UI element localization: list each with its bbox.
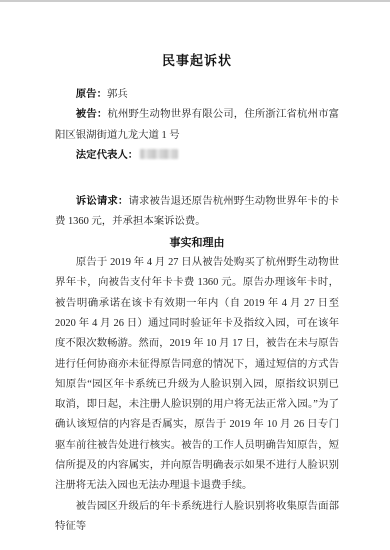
- facts-section-heading: 事实和理由: [55, 233, 339, 253]
- redacted-name: [140, 149, 178, 159]
- document-title: 民事起诉状: [55, 50, 339, 69]
- defendant-row: 被告：杭州野生动物世界有限公司，住所浙江省杭州市富阳区银湖街道九龙大道 1 号: [55, 105, 339, 146]
- claim-label: 诉讼请求：: [76, 196, 129, 207]
- document-body: 原告：郭兵 被告：杭州野生动物世界有限公司，住所浙江省杭州市富阳区银湖街道九龙大…: [55, 85, 339, 537]
- defendant-label: 被告：: [76, 109, 108, 120]
- legal-representative-row: 法定代表人：: [55, 146, 339, 166]
- plaintiff-name: 郭兵: [107, 89, 128, 100]
- legal-representative-label: 法定代表人：: [76, 150, 138, 161]
- facts-paragraph-1: 原告于 2019 年 4 月 27 日从被告处购买了杭州野生动物世界年卡，向被告…: [55, 253, 339, 497]
- facts-paragraph-2: 被告园区升级后的年卡系统进行人脸识别将收集原告面部特征等: [55, 497, 339, 538]
- civil-complaint-page: 民事起诉状 原告：郭兵 被告：杭州野生动物世界有限公司，住所浙江省杭州市富阳区银…: [0, 0, 390, 550]
- plaintiff-label: 原告：: [76, 89, 107, 100]
- claim-paragraph: 诉讼请求：请求被告退还原告杭州野生动物世界年卡的卡费 1360 元，并承担本案诉…: [55, 192, 339, 233]
- plaintiff-row: 原告：郭兵: [55, 85, 339, 105]
